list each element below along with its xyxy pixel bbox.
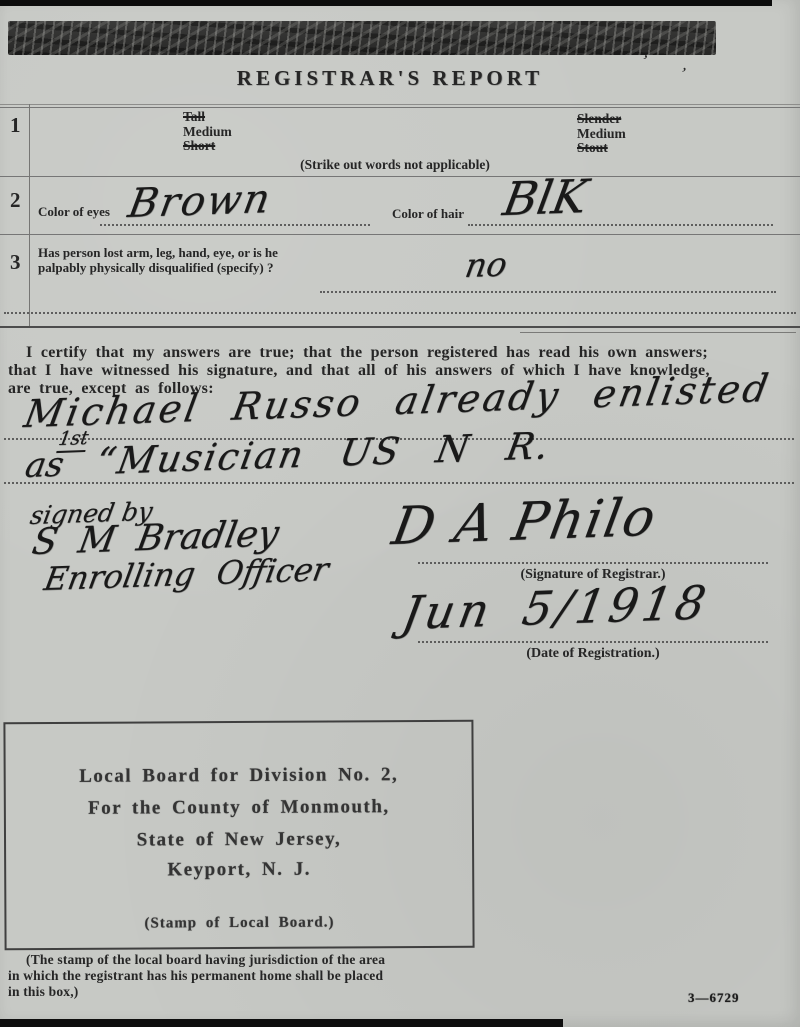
section-divider-rule-partial xyxy=(520,332,796,333)
disqualified-handwritten-answer: no xyxy=(462,244,510,285)
option-medium-height: Medium xyxy=(183,125,232,140)
hair-handwritten-value: BlK xyxy=(499,169,591,226)
disqualified-question-line2: palpably physically disqualified (specif… xyxy=(38,260,274,276)
footnote-line3: in this box,) xyxy=(8,984,488,1000)
stamp-line-state: State of New Jersey, xyxy=(6,828,472,852)
registration-date-line xyxy=(418,640,768,643)
strike-out-note: (Strike out words not applicable) xyxy=(230,157,560,173)
color-of-hair-label: Color of hair xyxy=(392,206,464,222)
build-options-left: Tall Medium Short xyxy=(183,110,232,154)
color-of-eyes-label: Color of eyes xyxy=(38,204,110,220)
local-board-stamp-box: Local Board for Division No. 2, For the … xyxy=(3,720,474,950)
registrar-report-document: REGISTRAR'S REPORT ’ ’ 1 2 3 Tall Medium… xyxy=(0,0,800,1027)
option-short: Short xyxy=(183,139,232,154)
registrar-signature-line xyxy=(418,561,768,564)
date-of-registration-label: (Date of Registration.) xyxy=(418,646,768,662)
section-divider-rule xyxy=(0,326,800,328)
disqualified-question-line1: Has person lost arm, leg, hand, eye, or … xyxy=(38,245,278,261)
inked-texture-band xyxy=(8,21,716,55)
exception-dotted-line2 xyxy=(4,481,794,484)
rule-top-inner xyxy=(0,107,800,108)
exception-note-line2-rest: “Musician US N R. xyxy=(93,424,554,483)
stamp-line-town: Keyport, N. J. xyxy=(6,858,472,882)
stamp-line-county: For the County of Monmouth, xyxy=(6,796,472,820)
option-stout: Stout xyxy=(577,141,626,156)
certification-line1: I certify that my answers are true; that… xyxy=(8,344,800,362)
option-slender: Slender xyxy=(577,112,626,127)
registrar-signature: D A Philo xyxy=(388,488,662,558)
build-options-right: Slender Medium Stout xyxy=(577,112,626,156)
scan-top-black-bar xyxy=(0,0,772,6)
exception-note-superscript: 1st xyxy=(56,427,90,453)
form-number: 3—6729 xyxy=(688,990,740,1006)
stamp-line-division: Local Board for Division No. 2, xyxy=(6,764,472,788)
row3-dotted-line2 xyxy=(4,311,796,314)
row3-number: 3 xyxy=(10,250,21,275)
eyes-handwritten-value: Brown xyxy=(125,176,276,227)
registration-date-handwriting: Jun 5/1918 xyxy=(398,575,714,640)
rule-top-outer xyxy=(0,104,800,105)
row2-number: 2 xyxy=(10,188,21,213)
rule-number-column xyxy=(29,104,30,326)
row1-number: 1 xyxy=(10,113,21,138)
footnote-line1: (The stamp of the local board having jur… xyxy=(8,952,506,968)
option-medium-build: Medium xyxy=(577,127,626,142)
option-tall: Tall xyxy=(183,110,232,125)
stamp-of-local-board-caption: (Stamp of Local Board.) xyxy=(6,914,472,933)
rule-row2-bottom xyxy=(0,234,800,235)
answer-dotted-line xyxy=(320,290,776,293)
footnote-line2: in which the registrant has his permanen… xyxy=(8,968,488,984)
scan-bottom-black-bar xyxy=(0,1019,563,1027)
rule-row1-bottom xyxy=(0,176,800,177)
